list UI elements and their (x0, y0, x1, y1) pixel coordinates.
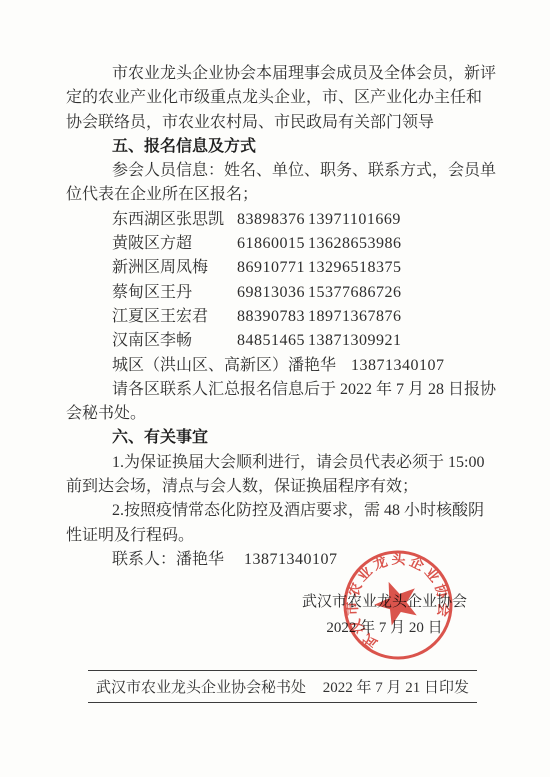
signature-block: 武汉市农业龙头企业协会 2022 年 7 月 20 日 (302, 590, 467, 641)
item2-line: 2.按照疫情常态化防控及酒店要求，需 48 小时核酸阴 (66, 499, 482, 523)
contact-row: 蔡甸区王丹 69813036 15377686726 (66, 281, 482, 305)
item1-line: 前到达会场，清点与会人数，保证换届程序有效； (66, 475, 482, 499)
contact-phone-mobile: 15377686726 (308, 281, 402, 305)
document-body: 市农业龙头企业协会本届理事会成员及全体会员，新评 定的农业产业化市级重点龙头企业… (66, 62, 482, 572)
contact-name: 新洲区周凤梅 (112, 256, 237, 280)
contact-row: 新洲区周凤梅 86910771 13296518375 (66, 256, 482, 280)
item1-line: 1.为保证换届大会顺利进行，请会员代表必须于 15:00 (66, 451, 482, 475)
para-attendees-line: 市农业龙头企业协会本届理事会成员及全体会员，新评 (66, 62, 482, 86)
document-footer: 武汉市农业龙头企业协会秘书处 2022 年 7 月 21 日印发 (88, 670, 477, 703)
signature-date: 2022 年 7 月 20 日 (302, 616, 467, 642)
section5-heading: 五、报名信息及方式 (66, 135, 482, 159)
contact-phone-office: 83898376 (237, 208, 308, 232)
contact-phone-mobile: 13971101669 (308, 208, 401, 232)
contact-person-label: 联系人：潘艳华 (112, 548, 224, 572)
contact-row: 汉南区李畅 84851465 13871309921 (66, 329, 482, 353)
footer-issuer: 武汉市农业龙头企业协会秘书处 (96, 676, 306, 697)
contact-name: 汉南区李畅 (112, 329, 237, 353)
contact-phone-mobile: 18971367876 (308, 305, 402, 329)
contact-phone-office: 86910771 (237, 256, 308, 280)
contact-row: 黄陂区方超 61860015 13628653986 (66, 232, 482, 256)
footer-print-date: 2022 年 7 月 21 日印发 (323, 676, 469, 697)
contact-phone-office: 61860015 (237, 232, 308, 256)
item2-line: 性证明及行程码。 (66, 524, 482, 548)
contact-name: 江夏区王宏君 (112, 305, 237, 329)
contact-phone-mobile: 13871309921 (308, 329, 402, 353)
contact-row: 东西湖区张思凯 83898376 13971101669 (66, 208, 482, 232)
city-contact-phone: 13871340107 (351, 354, 445, 378)
scanned-document-page: 市农业龙头企业协会本届理事会成员及全体会员，新评 定的农业产业化市级重点龙头企业… (0, 0, 550, 777)
section6-heading: 六、有关事宜 (66, 426, 482, 450)
contact-phone-mobile: 13296518375 (308, 256, 402, 280)
para-signup-line: 位代表在企业所在区报名； (66, 183, 482, 207)
para-deadline-line: 会秘书处。 (66, 402, 482, 426)
contact-row: 江夏区王宏君 88390783 18971367876 (66, 305, 482, 329)
contact-phone-office: 69813036 (237, 281, 308, 305)
city-contact-row: 城区（洪山区、高新区）潘艳华 13871340107 (66, 354, 482, 378)
para-attendees-line: 定的农业产业化市级重点龙头企业，市、区产业化办主任和 (66, 86, 482, 110)
contact-phone-office: 84851465 (237, 329, 308, 353)
contact-phone-mobile: 13628653986 (308, 232, 402, 256)
para-deadline-line: 请各区联系人汇总报名信息后于 2022 年 7 月 28 日报协 (66, 378, 482, 402)
para-signup-line: 参会人员信息：姓名、单位、职务、联系方式，会员单 (66, 159, 482, 183)
contact-name: 东西湖区张思凯 (112, 208, 237, 232)
contact-name: 蔡甸区王丹 (112, 281, 237, 305)
contact-person-row: 联系人：潘艳华 13871340107 (66, 548, 482, 572)
para-attendees-line: 协会联络员，市农业农村局、市民政局有关部门领导 (66, 111, 482, 135)
signature-org: 武汉市农业龙头企业协会 (302, 590, 467, 616)
contact-phone-office: 88390783 (237, 305, 308, 329)
city-contact-name: 城区（洪山区、高新区）潘艳华 (112, 354, 336, 378)
contact-person-phone: 13871340107 (244, 548, 338, 572)
contact-name: 黄陂区方超 (112, 232, 237, 256)
